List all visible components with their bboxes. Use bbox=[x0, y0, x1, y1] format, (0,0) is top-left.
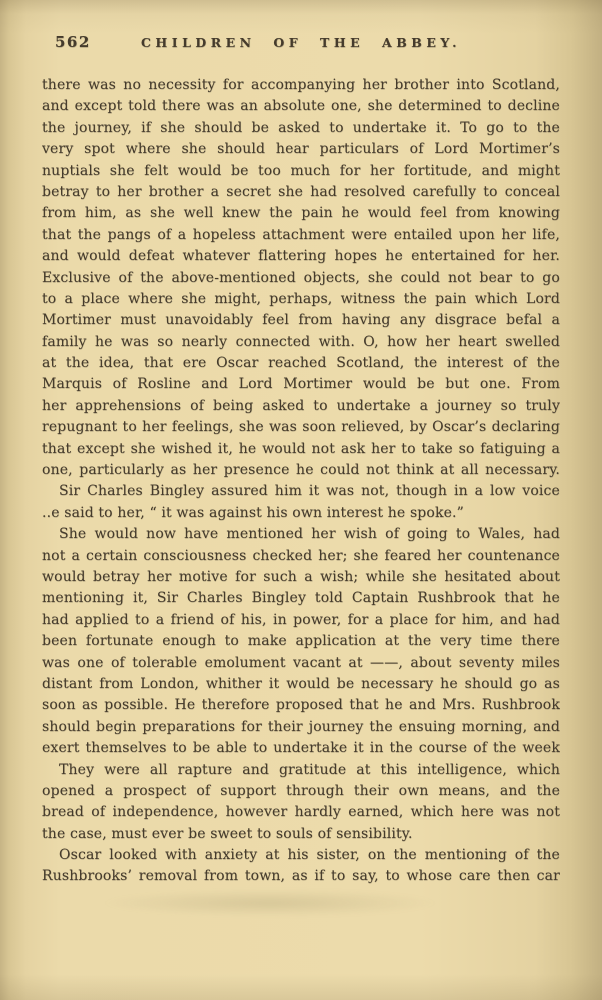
text-line: there was no necessity for accompanying … bbox=[42, 75, 560, 96]
text-line: the journey, if she should be asked to u… bbox=[42, 118, 560, 139]
text-line: would betray her motive for such a wish;… bbox=[42, 567, 560, 588]
text-line: Marquis of Rosline and Lord Mortimer wou… bbox=[42, 374, 560, 395]
text-line: and would defeat whatever flattering hop… bbox=[42, 246, 560, 267]
text-line: bread of independence, however hardly ea… bbox=[42, 802, 560, 823]
running-title: CHILDREN OF THE ABBEY. bbox=[134, 35, 468, 50]
text-line: was one of tolerable emolument vacant at… bbox=[42, 653, 560, 674]
text-line: They were all rapture and gratitude at t… bbox=[42, 760, 560, 781]
text-line: her apprehensions of being asked to unde… bbox=[42, 396, 560, 417]
text-line: mentioning it, Sir Charles Bingley told … bbox=[42, 588, 560, 609]
text-line: that except she wished it, he would not … bbox=[42, 439, 560, 460]
text-line: from him, as she well knew the pain he w… bbox=[42, 203, 560, 224]
text-line: Mortimer must unavoidably feel from havi… bbox=[42, 310, 560, 331]
text-line: Sir Charles Bingley assured him it was n… bbox=[42, 481, 560, 502]
text-line: the case, must ever be sweet to souls of… bbox=[42, 824, 560, 845]
text-line: one, particularly as her presence he cou… bbox=[42, 460, 560, 481]
text-line: opened a prospect of support through the… bbox=[42, 781, 560, 802]
text-line: at the idea, that ere Oscar reached Scot… bbox=[42, 353, 560, 374]
text-line: to a place where she might, perhaps, wit… bbox=[42, 289, 560, 310]
text-line: repugnant to her feelings, she was soon … bbox=[42, 417, 560, 438]
text-line: Oscar looked with anxiety at his sister,… bbox=[42, 845, 560, 866]
page-body: there was no necessity for accompanying … bbox=[0, 51, 602, 888]
text-line: exert themselves to be able to undertake… bbox=[42, 738, 560, 759]
text-line: and except told there was an absolute on… bbox=[42, 96, 560, 117]
page-header: 562 CHILDREN OF THE ABBEY. bbox=[0, 0, 602, 51]
page-number: 562 bbox=[42, 33, 134, 51]
text-line: distant from London, whither it would be… bbox=[42, 674, 560, 695]
text-line: betray to her brother a secret she had r… bbox=[42, 182, 560, 203]
text-line: ..e said to her, “ it was against his ow… bbox=[42, 503, 560, 524]
text-line: very spot where she should hear particul… bbox=[42, 139, 560, 160]
text-line: not a certain consciousness checked her;… bbox=[42, 546, 560, 567]
text-line: She would now have mentioned her wish of… bbox=[42, 524, 560, 545]
text-line: soon as possible. He therefore proposed … bbox=[42, 695, 560, 716]
book-page-scan: 562 CHILDREN OF THE ABBEY. there was no … bbox=[0, 0, 602, 1000]
text-line: been fortunate enough to make applicatio… bbox=[42, 631, 560, 652]
text-line: Exclusive of the above-mentioned objects… bbox=[42, 268, 560, 289]
text-line: nuptials she felt would be too much for … bbox=[42, 161, 560, 182]
ink-showthrough-smudge bbox=[105, 890, 435, 916]
text-line: Rushbrooks’ removal from town, as if to … bbox=[42, 866, 560, 887]
text-line: had applied to a friend of his, in power… bbox=[42, 610, 560, 631]
text-line: family he was so nearly connected with. … bbox=[42, 332, 560, 353]
text-line: should begin preparations for their jour… bbox=[42, 717, 560, 738]
text-line: that the pangs of a hopeless attachment … bbox=[42, 225, 560, 246]
